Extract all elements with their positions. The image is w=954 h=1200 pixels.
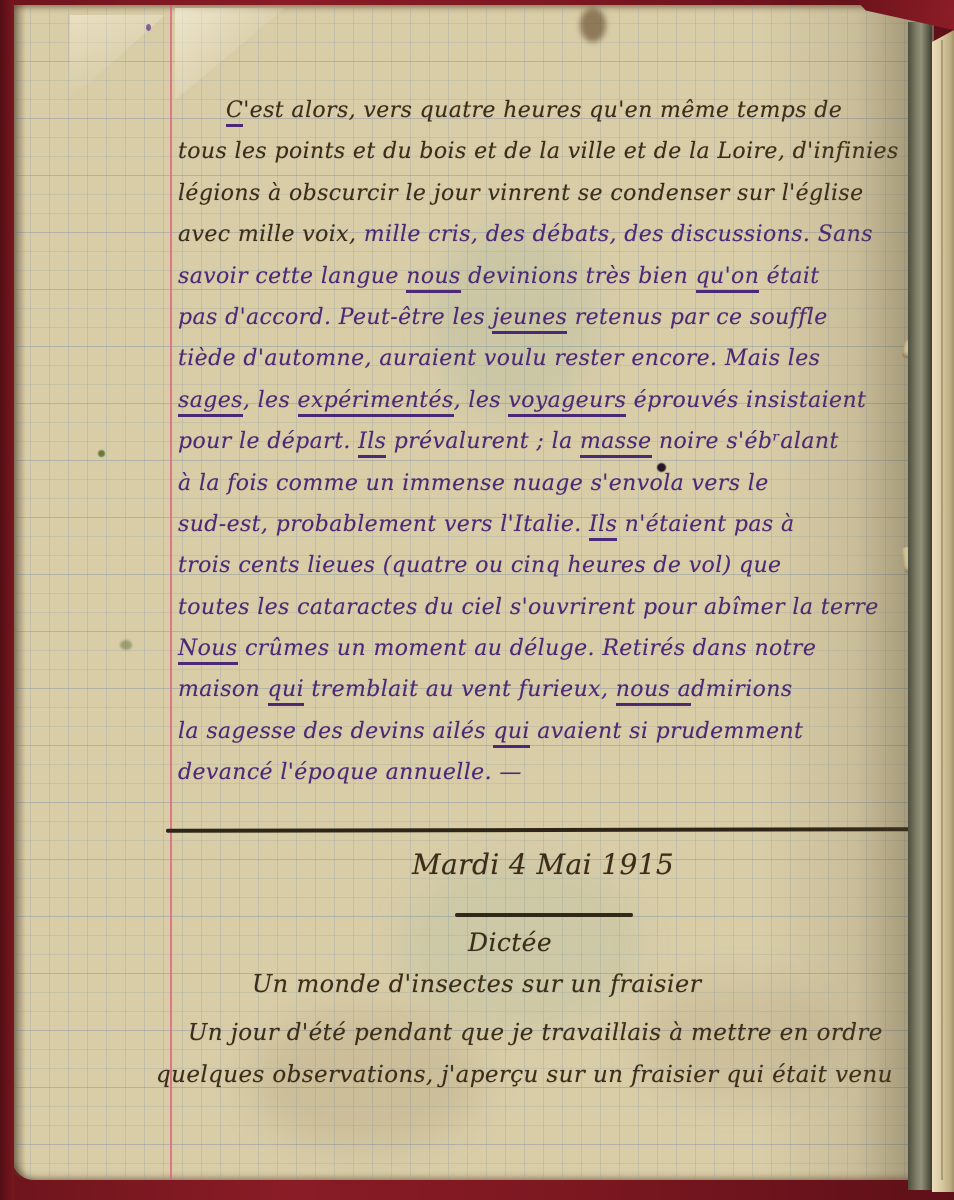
handwritten-text: éprouvés insistaient [626, 388, 866, 413]
handwritten-line: légions à obscurcir le jour vinrent se c… [178, 173, 908, 214]
handwritten-text: légions à obscurcir le jour vinrent se c… [178, 181, 864, 206]
handwritten-line: tous les points et du bois et de la vill… [178, 131, 908, 172]
underlined-word: jeunes [492, 305, 567, 334]
underlined-word: sages [178, 388, 243, 417]
handwritten-text: sud-est, probablement vers l'Italie. [178, 512, 589, 537]
handwritten-text: 'est alors, vers quatre heures qu'en mêm… [243, 98, 842, 123]
next-page-crease [941, 40, 943, 1180]
handwritten-text: savoir cette langue [178, 264, 406, 289]
underlined-word: qui [268, 677, 305, 706]
handwritten-text: à la fois comme un immense nuage s'envol… [178, 471, 769, 496]
handwritten-line: devancé l'époque annuelle. — [178, 752, 908, 793]
underlined-word: masse [580, 429, 652, 458]
handwritten-text: dmirions [691, 677, 792, 702]
handwritten-text: pas d'accord. Peut-être les [178, 305, 492, 330]
underlined-word: C [226, 98, 243, 127]
handwritten-text: tous les points et du bois et de la vill… [178, 139, 899, 164]
underlined-word: Nous [178, 636, 238, 665]
handwritten-text: devinions très bien [461, 264, 696, 289]
dictation-title: Un monde d'insectes sur un fraisier [252, 970, 701, 998]
handwritten-line: trois cents lieues (quatre ou cinq heure… [178, 545, 908, 586]
next-page-edge [932, 30, 954, 1192]
handwritten-line: Un jour d'été pendant que je travaillais… [188, 1020, 883, 1046]
handwritten-line: Nous crûmes un moment au déluge. Retirés… [178, 628, 908, 669]
handwritten-text: devancé l'époque annuelle. — [178, 760, 522, 785]
handwritten-text: avec mille voix, [178, 222, 364, 247]
handwritten-line: la sagesse des devins ailés qui avaient … [178, 711, 908, 752]
underlined-word: voyageurs [508, 388, 626, 417]
handwritten-line: pour le départ. Ils prévalurent ; la mas… [178, 421, 908, 462]
handwritten-text: tremblait au vent furieux, [304, 677, 616, 702]
handwritten-text: toutes les cataractes du ciel s'ouvriren… [178, 595, 879, 620]
handwritten-line: savoir cette langue nous devinions très … [178, 256, 908, 297]
handwritten-text: retenus par ce souffle [567, 305, 827, 330]
handwritten-line: C'est alors, vers quatre heures qu'en mê… [178, 90, 908, 131]
handwritten-text: avaient si prudemment [530, 719, 803, 744]
binding-strip [908, 22, 932, 1190]
handwritten-line: tiède d'automne, auraient voulu rester e… [178, 338, 908, 379]
handwritten-text: , les [243, 388, 298, 413]
cover-edge [0, 0, 14, 1200]
handwritten-line: toutes les cataractes du ciel s'ouvriren… [178, 587, 908, 628]
handwritten-text: trois cents lieues (quatre ou cinq heure… [178, 553, 781, 578]
essay-text-block: C'est alors, vers quatre heures qu'en mê… [178, 90, 908, 794]
ink-speck [146, 24, 151, 31]
handwritten-text: tiède d'automne, auraient voulu rester e… [178, 346, 820, 371]
underlined-word: nous [406, 264, 460, 293]
handwritten-text: prévalurent ; la [386, 429, 580, 454]
handwritten-line: pas d'accord. Peut-être les jeunes reten… [178, 297, 908, 338]
underlined-word: nous a [616, 677, 691, 706]
section-heading: Dictée [468, 928, 552, 957]
handwritten-line: sages, les expérimentés, les voyageurs é… [178, 380, 908, 421]
date-heading: Mardi 4 Mai 1915 [412, 848, 674, 881]
handwritten-text: , les [454, 388, 509, 413]
page-left-edge-shadow [12, 5, 26, 1180]
notebook-photo: C'est alors, vers quatre heures qu'en mê… [0, 0, 954, 1200]
handwritten-text: était [759, 264, 819, 289]
handwritten-line: quelques observations, j'aperçu sur un f… [156, 1062, 893, 1088]
underlined-word: qu'on [696, 264, 760, 293]
handwritten-line: avec mille voix, mille cris, des débats,… [178, 214, 908, 255]
handwritten-text: maison [178, 677, 268, 702]
handwritten-text: pour le départ. [178, 429, 358, 454]
handwritten-line: sud-est, probablement vers l'Italie. Ils… [178, 504, 908, 545]
underlined-word: qui [493, 719, 530, 748]
handwritten-text: la sagesse des devins ailés [178, 719, 493, 744]
margin-line [170, 5, 172, 1180]
handwritten-text: n'étaient pas à [617, 512, 794, 537]
underlined-word: expérimentés [298, 388, 454, 417]
handwritten-line: maison qui tremblait au vent furieux, no… [178, 669, 908, 710]
underlined-word: Ils [589, 512, 617, 541]
handwritten-text: crûmes un moment au déluge. Retirés dans… [238, 636, 817, 661]
handwritten-line: à la fois comme un immense nuage s'envol… [178, 463, 908, 504]
date-underline-rule [455, 913, 633, 917]
underlined-word: Ils [358, 429, 386, 458]
handwritten-text: noire s'ébʳalant [652, 429, 839, 454]
handwritten-text: mille cris, des débats, des discussions.… [364, 222, 873, 247]
